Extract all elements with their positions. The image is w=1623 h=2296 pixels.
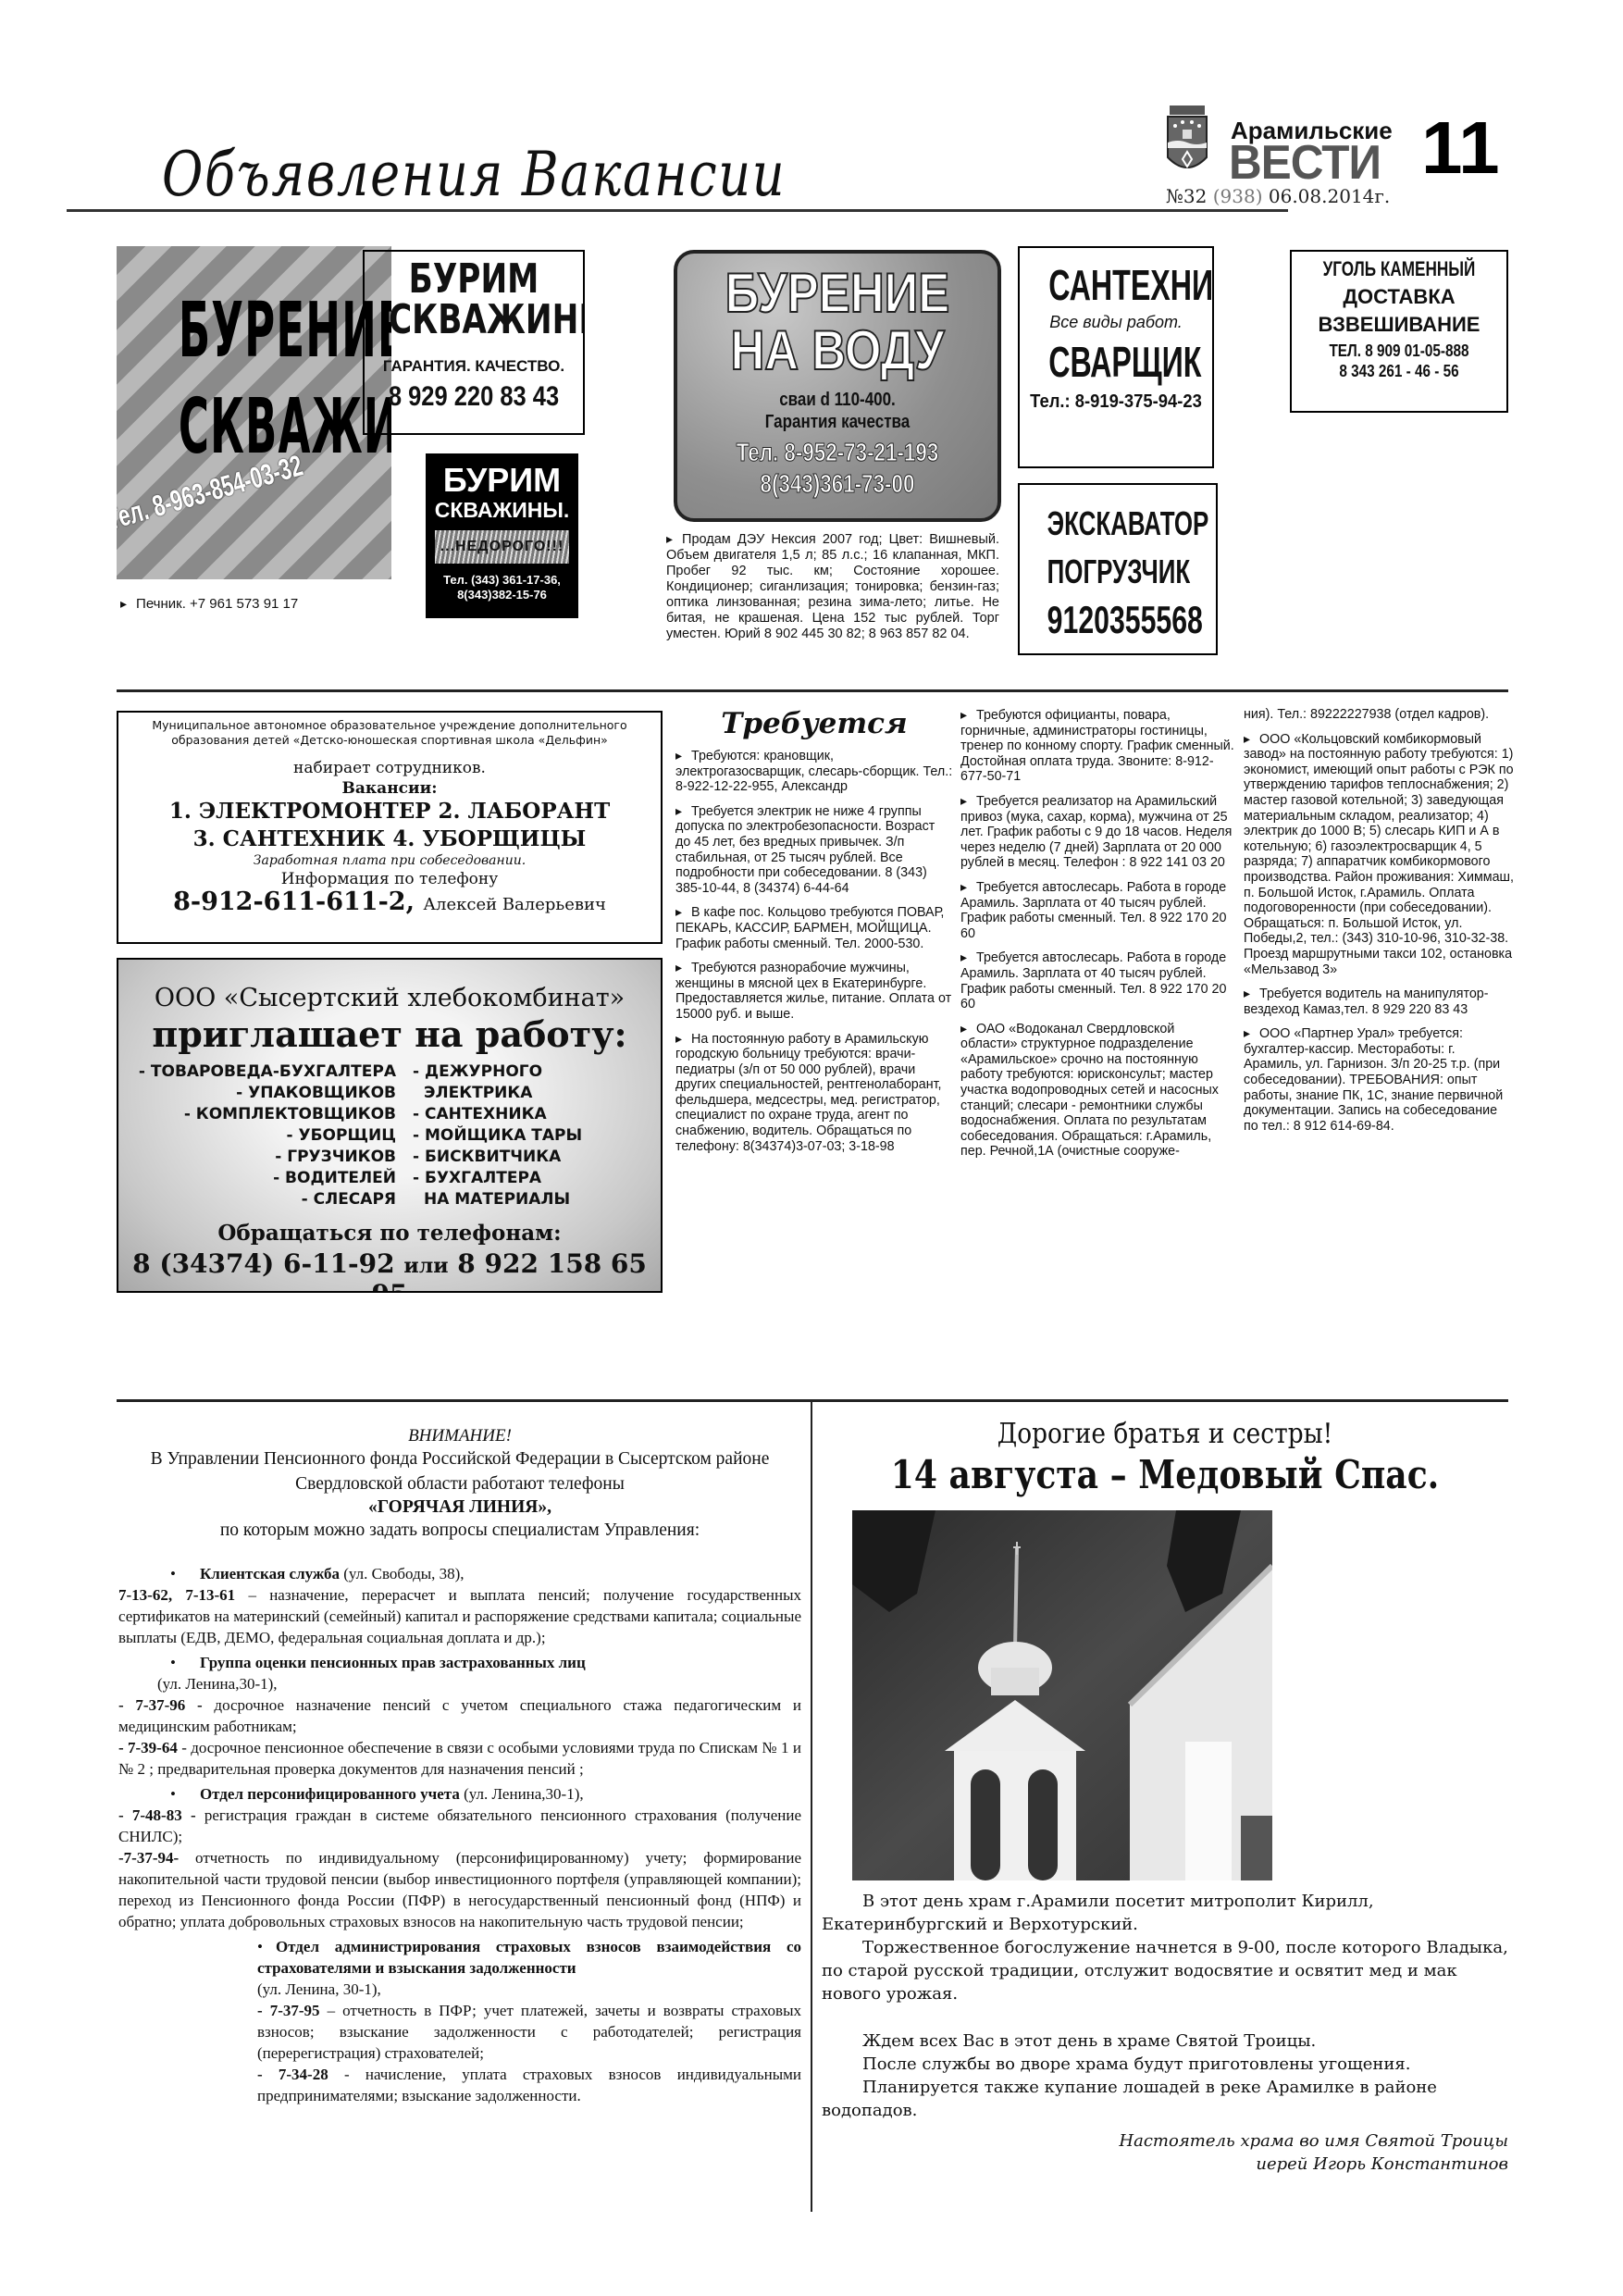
bakery-company: ООО «Сысертский хлебокомбинат» xyxy=(118,984,661,1012)
phone-numbers: - 7-39-64 xyxy=(118,1739,178,1756)
article-body: В этот день храм г.Арамили посетит митро… xyxy=(822,1890,1508,2176)
phone-description: - начисление, уплата страховых взносов и… xyxy=(257,2066,801,2104)
bakery-jobs-right: - ДЕЖУРНОГО ЭЛЕКТРИКА - САНТЕХНИКА - МОЙ… xyxy=(413,1061,663,1210)
classified-item: ООО «Кольцовский комбикормовый завод» на… xyxy=(1244,731,1514,978)
job-item: - УПАКОВЩИКОВ xyxy=(118,1083,396,1104)
school-phone: 8-912-611-611-2, xyxy=(173,887,415,916)
job-item: ЭЛЕКТРИКА xyxy=(413,1083,663,1104)
ad-subtitle: СКВАЖИНЫ. xyxy=(426,498,578,523)
ad-phone-1: Тел. (343) 361-17-36, xyxy=(426,573,578,588)
article-paragraph: Торжественное богослужение начнется в 9-… xyxy=(822,1936,1508,2005)
ad-subtitle: Все виды работ. xyxy=(1020,313,1212,332)
school-vacancies-row-1: 1. ЭЛЕКТРОМОНТЕР 2. ЛАБОРАНТ xyxy=(118,798,661,825)
ad-burim-wells: БУРИМ СКВАЖИНЫ ГАРАНТИЯ. КАЧЕСТВО. 8 929… xyxy=(363,250,585,435)
school-vacancies-label: Вакансии: xyxy=(118,779,661,798)
classified-item: Требуется реализатор на Арамильский прив… xyxy=(960,793,1234,871)
job-item: - ГРУЗЧИКОВ xyxy=(118,1147,396,1168)
phone-description: - досрочное пенсионное обеспечение в свя… xyxy=(118,1739,801,1778)
notice-lead-2: по которым можно задать вопросы специали… xyxy=(118,1518,801,1543)
coat-of-arms-icon xyxy=(1164,104,1210,178)
ad-phone-2: 8 343 261 - 46 - 56 xyxy=(1307,361,1490,381)
classified-item: В кафе пос. Кольцово требуются ПОВАР, ПЕ… xyxy=(675,904,953,951)
ad-excavator: ЭКСКАВАТОР ПОГРУЗЧИК 9120355568 xyxy=(1018,483,1218,655)
section-title: •Отдел администрирования страховых взнос… xyxy=(257,1936,801,1979)
section-address: (ул. Ленина, 30-1), xyxy=(257,1979,801,2000)
article-signature: иерей Игорь Константинов xyxy=(822,2153,1508,2176)
section-title: Отдел персонифицированного учета xyxy=(200,1785,460,1803)
bakery-phone-1: 8 (34374) 6-11-92 xyxy=(132,1248,395,1279)
bakery-jobs-left: - ТОВАРОВЕДА-БУХГАЛТЕРА - УПАКОВЩИКОВ - … xyxy=(118,1061,396,1210)
job-item: - ДЕЖУРНОГО xyxy=(413,1061,663,1083)
classifieds-column-2: Требуются официанты, повара, горничные, … xyxy=(960,707,1234,1168)
notice-attention: ВНИМАНИЕ! xyxy=(118,1425,801,1446)
classified-item: Требуется автослесарь. Работа в городе А… xyxy=(960,879,1234,941)
article-paragraph: В этот день храм г.Арамили посетит митро… xyxy=(822,1890,1508,1936)
bakery-phones: 8 (34374) 6-11-92 или 8 922 158 65 95 xyxy=(118,1248,661,1293)
classified-stove-maker: Печник. +7 961 573 91 17 xyxy=(120,596,298,612)
phone-entry: - 7-48-83 - регистрация граждан в систем… xyxy=(118,1805,801,1847)
section-title: Клиентская служба xyxy=(200,1565,340,1582)
ad-water-drilling: БУРЕНИЕ НА ВОДУ сваи d 110-400. Гарантия… xyxy=(674,250,1001,522)
section-title: Объявления Вакансии xyxy=(162,139,786,210)
phone-numbers: -7-37-94- xyxy=(118,1849,179,1867)
honey-spas-article: Дорогие братья и сестры! 14 августа – Ме… xyxy=(822,1418,1508,1497)
phone-numbers: - 7-37-96 - xyxy=(118,1696,203,1714)
ad-title-2: СВАРЩИК xyxy=(1048,336,1183,388)
classified-item: Требуются: крановщик, электрогазосварщик… xyxy=(675,748,953,795)
article-signature: Настоятель храма во имя Святой Троицы xyxy=(822,2129,1508,2153)
classified-item: ОАО «Водоканал Свердловской области» стр… xyxy=(960,1021,1234,1160)
school-phone-line: 8-912-611-611-2, Алексей Валерьевич xyxy=(118,888,661,919)
section-address: (ул. Ленина,30-1), xyxy=(118,1673,801,1694)
phone-entry: 7-13-62, 7-13-61 – назначение, перерасче… xyxy=(118,1584,801,1648)
notice-lead: В Управлении Пенсионного фонда Российско… xyxy=(118,1446,801,1496)
section-rights-assessment: Группа оценки пенсионных прав застрахова… xyxy=(118,1652,801,1673)
school-vacancies-row-2: 3. САНТЕХНИК 4. УБОРЩИЦЫ xyxy=(118,825,661,853)
classified-item: ООО «Партнер Урал» требуется: бухгалтер-… xyxy=(1244,1025,1514,1134)
section-client-service: Клиентская служба (ул. Свободы, 38), xyxy=(118,1563,801,1584)
article-paragraph: Планируется также купание лошадей в реке… xyxy=(822,2076,1508,2122)
bakery-invite: приглашает на работу: xyxy=(118,1013,661,1055)
ad-plumber-welder: САНТЕХНИК Все виды работ. СВАРЩИК Тел.: … xyxy=(1018,246,1214,468)
section-insurance-admin: •Отдел администрирования страховых взнос… xyxy=(118,1936,801,2106)
section-address: (ул. Ленина,30-1), xyxy=(460,1785,584,1803)
issue-total: (938) xyxy=(1213,185,1263,207)
classifieds-column-3: ния). Тел.: 89222227938 (отдел кадров). … xyxy=(1244,707,1514,1142)
notice-hotline: «ГОРЯЧАЯ ЛИНИЯ», xyxy=(118,1496,801,1518)
phone-numbers: - 7-48-83 - xyxy=(118,1806,196,1824)
ad-burim-cheap: БУРИМ СКВАЖИНЫ. ...НЕДОРОГО!!! Тел. (343… xyxy=(426,453,578,618)
ad-bakery: ООО «Сысертский хлебокомбинат» приглашае… xyxy=(117,958,663,1293)
article-paragraph: Ждем всех Вас в этот день в храме Святой… xyxy=(822,2029,1508,2053)
phone-description: досрочное назначение пенсий с учетом спе… xyxy=(118,1696,801,1735)
brand-name-main: ВЕСТИ xyxy=(1229,135,1381,191)
ad-slogan: ГАРАНТИЯ. КАЧЕСТВО. xyxy=(365,357,583,376)
job-item: - САНТЕХНИКА xyxy=(413,1104,663,1125)
pension-fund-notice: ВНИМАНИЕ! В Управлении Пенсионного фонда… xyxy=(118,1425,801,2106)
phone-entry: - 7-34-28 - начисление, уплата страховых… xyxy=(257,2064,801,2106)
article-greeting: Дорогие братья и сестры! xyxy=(863,1418,1468,1450)
issue-date: 06.08.2014г. xyxy=(1269,185,1390,207)
classified-car-sale: Продам ДЭУ Нексия 2007 год; Цвет: Вишнев… xyxy=(666,531,999,642)
ad-phone-1: ТЕЛ. 8 909 01-05-888 xyxy=(1307,341,1490,361)
classified-item: Требуется электрик не ниже 4 группы допу… xyxy=(675,803,953,897)
school-salary: Заработная плата при собеседовании. xyxy=(118,853,661,868)
article-headline: 14 августа – Медовый Спас. xyxy=(870,1452,1460,1497)
school-org: Муниципальное автономное образовательное… xyxy=(118,718,661,748)
phone-numbers: - 7-37-95 xyxy=(257,2002,320,2019)
section-divider xyxy=(117,689,1508,692)
classified-continuation: ния). Тел.: 89222227938 (отдел кадров). xyxy=(1244,707,1514,723)
job-item: - СЛЕСАРЯ xyxy=(118,1189,396,1210)
ad-phone-2: 8(343)361-73-00 xyxy=(710,468,966,500)
ad-line-1: сваи d 110-400. xyxy=(701,389,973,411)
ad-line-2: ДОСТАВКА xyxy=(1292,285,1506,309)
ad-sports-school: Муниципальное автономное образовательное… xyxy=(117,711,663,944)
classifieds-heading: Требуется xyxy=(675,707,953,740)
ad-title: БУРЕНИЕ НА ВОДУ xyxy=(701,265,973,379)
ad-title: БУРИМ xyxy=(426,463,578,498)
issue-info: №32 (938) 06.08.2014г. xyxy=(1166,185,1390,207)
section-title: Группа оценки пенсионных прав застрахова… xyxy=(200,1654,586,1671)
phone-numbers: 7-13-62, 7-13-61 xyxy=(118,1586,235,1604)
ad-title: БУРИМ СКВАЖИНЫ xyxy=(389,259,559,341)
ad-line-3: ВЗВЕШИВАНИЕ xyxy=(1292,313,1506,337)
section-personal-accounting: Отдел персонифицированного учета (ул. Ле… xyxy=(118,1783,801,1805)
bakery-or: или xyxy=(403,1254,448,1278)
ad-title: САНТЕХНИК xyxy=(1048,261,1183,309)
article-paragraph: После службы во дворе храма будут пригот… xyxy=(822,2053,1508,2076)
phone-entry: -7-37-94- отчетность по индивидуальному … xyxy=(118,1847,801,1932)
page-number: 11 xyxy=(1421,105,1500,191)
column-divider xyxy=(811,1400,812,2212)
job-item: НА МАТЕРИАЛЫ xyxy=(413,1189,663,1210)
classified-item: Требуется водитель на манипулятор-вездех… xyxy=(1244,986,1514,1017)
masthead: Арамильские ВЕСТИ 11 №32 (938) 06.08.201… xyxy=(1164,104,1516,205)
ad-phone-2: 8(343)382-15-76 xyxy=(426,588,578,602)
job-item: - БУХГАЛТЕРА xyxy=(413,1168,663,1189)
ad-phone-1: Тел. 8-952-73-21-193 xyxy=(710,437,966,468)
phone-entry: - 7-37-95 – отчетность в ПФР; учет плате… xyxy=(257,2000,801,2064)
ad-line-1: ЭКСКАВАТОР xyxy=(1047,500,1189,548)
ad-phone: 8 929 220 83 43 xyxy=(381,381,567,413)
school-contact: Алексей Валерьевич xyxy=(423,895,605,914)
job-item: - ВОДИТЕЛЕЙ xyxy=(118,1168,396,1189)
phone-description: регистрация граждан в системе обязательн… xyxy=(118,1806,801,1845)
job-item: - ТОВАРОВЕДА-БУХГАЛТЕРА xyxy=(118,1061,396,1083)
header-divider xyxy=(67,209,1288,212)
ad-phone: Тел.: 8-919-375-94-23 xyxy=(1027,391,1204,413)
classified-item: Требуются официанты, повара, горничные, … xyxy=(960,707,1234,785)
phone-description: отчетность по индивидуальному (персонифи… xyxy=(118,1849,801,1930)
classifieds-column-1: Требуется Требуются: крановщик, электрог… xyxy=(675,707,953,1162)
job-item: - УБОРЩИЦ xyxy=(118,1125,396,1147)
section-divider xyxy=(117,1399,1508,1402)
ad-line-2: Гарантия качества xyxy=(701,411,973,433)
ad-phone: 9120355568 xyxy=(1047,596,1189,644)
ad-logo: ...НЕДОРОГО!!! xyxy=(435,530,569,564)
school-hiring: набирает сотрудников. xyxy=(118,759,661,777)
phone-entry: - 7-37-96 - досрочное назначение пенсий … xyxy=(118,1694,801,1737)
issue-number: №32 xyxy=(1166,185,1207,207)
bakery-contact-label: Обращаться по телефонам: xyxy=(118,1221,661,1246)
school-info: Информация по телефону xyxy=(118,870,661,888)
ad-drilling-wells: БУРЕНИЕ СКВАЖИН Тел. 8-963-854-03-32 xyxy=(117,246,391,579)
church-photo xyxy=(852,1510,1272,1880)
job-item: - КОМПЛЕКТОВЩИКОВ xyxy=(118,1104,396,1125)
phone-numbers: - 7-34-28 xyxy=(257,2066,328,2083)
phone-entry: - 7-39-64 - досрочное пенсионное обеспеч… xyxy=(118,1737,801,1780)
job-item: - БИСКВИТЧИКА xyxy=(413,1147,663,1168)
section-address: (ул. Свободы, 38), xyxy=(340,1565,465,1582)
ad-coal: УГОЛЬ КАМЕННЫЙ ДОСТАВКА ВЗВЕШИВАНИЕ ТЕЛ.… xyxy=(1290,250,1508,413)
section-title-text: Отдел администрирования страховых взносо… xyxy=(257,1938,801,1977)
classified-item: Требуется автослесарь. Работа в городе А… xyxy=(960,949,1234,1011)
classified-item: На постоянную работу в Арамильскую город… xyxy=(675,1031,953,1155)
ad-line-1: УГОЛЬ КАМЕННЫЙ xyxy=(1316,257,1483,281)
phone-description: – отчетность в ПФР; учет платежей, зачет… xyxy=(257,2002,801,2062)
ad-line-2: ПОГРУЗЧИК xyxy=(1047,548,1189,596)
ad-title: БУРЕНИЕ СКВАЖИН xyxy=(179,283,329,476)
classified-item: Требуются разнорабочие мужчины, женщины … xyxy=(675,960,953,1022)
job-item: - МОЙЩИКА ТАРЫ xyxy=(413,1125,663,1147)
